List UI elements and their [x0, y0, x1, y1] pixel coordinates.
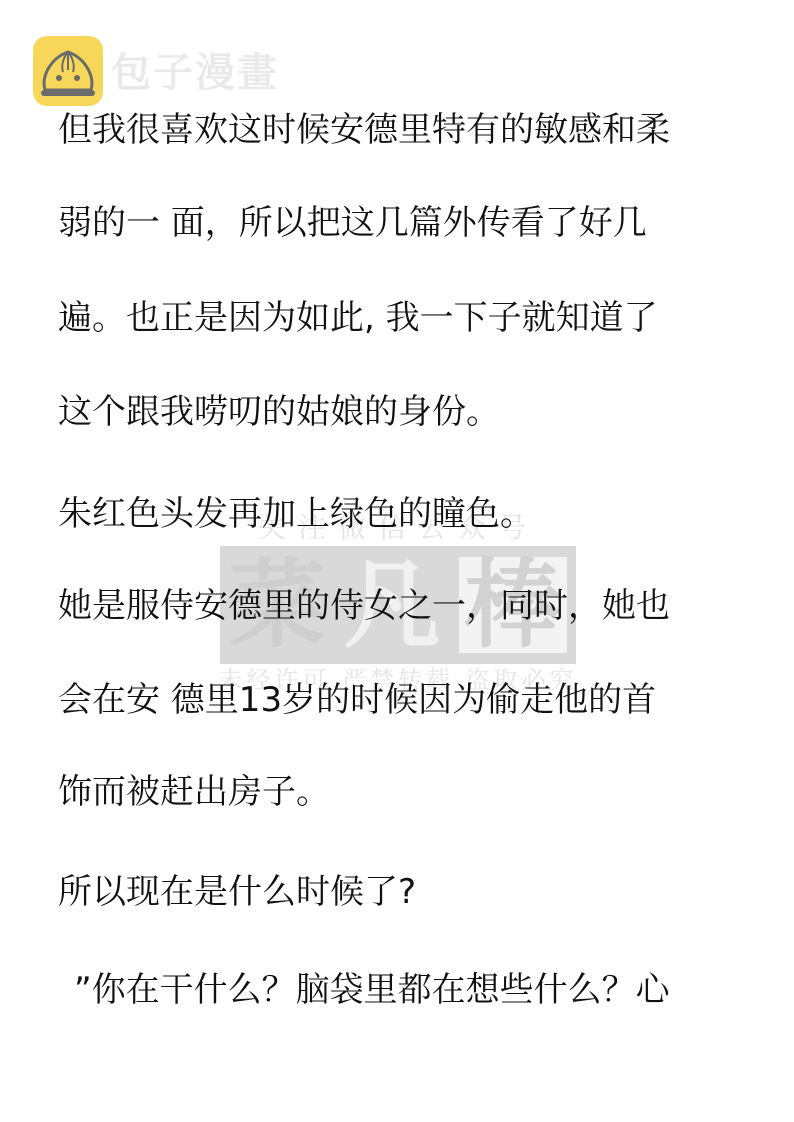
- logo-text: 包子漫畫: [111, 53, 279, 93]
- text-line: 饰而被赶出房子。: [58, 772, 330, 812]
- text-line: 会在安 德里13岁的时候因为偷走他的首: [58, 680, 656, 720]
- text-line: 她是服侍安德里的侍女之一，同时，她也: [58, 586, 670, 626]
- text-line: 弱的一 面，所以把这几篇外传看了好几: [58, 203, 647, 243]
- text-line: ”你在干什么？脑袋里都在想些什么？心: [74, 970, 670, 1010]
- text-line: 但我很喜欢这时候安德里特有的敏感和柔: [58, 110, 670, 150]
- text-line: 所以现在是什么时候了?: [58, 872, 416, 912]
- steamed-bun-logo-icon: [33, 36, 103, 106]
- text-line: 这个跟我唠叨的姑娘的身份。: [58, 392, 500, 432]
- site-logo: 包子漫畫: [33, 36, 279, 106]
- text-line: 朱红色头发再加上绿色的瞳色。: [58, 494, 534, 534]
- text-line: 遍。也正是因为如此, 我一下子就知道了: [58, 298, 658, 338]
